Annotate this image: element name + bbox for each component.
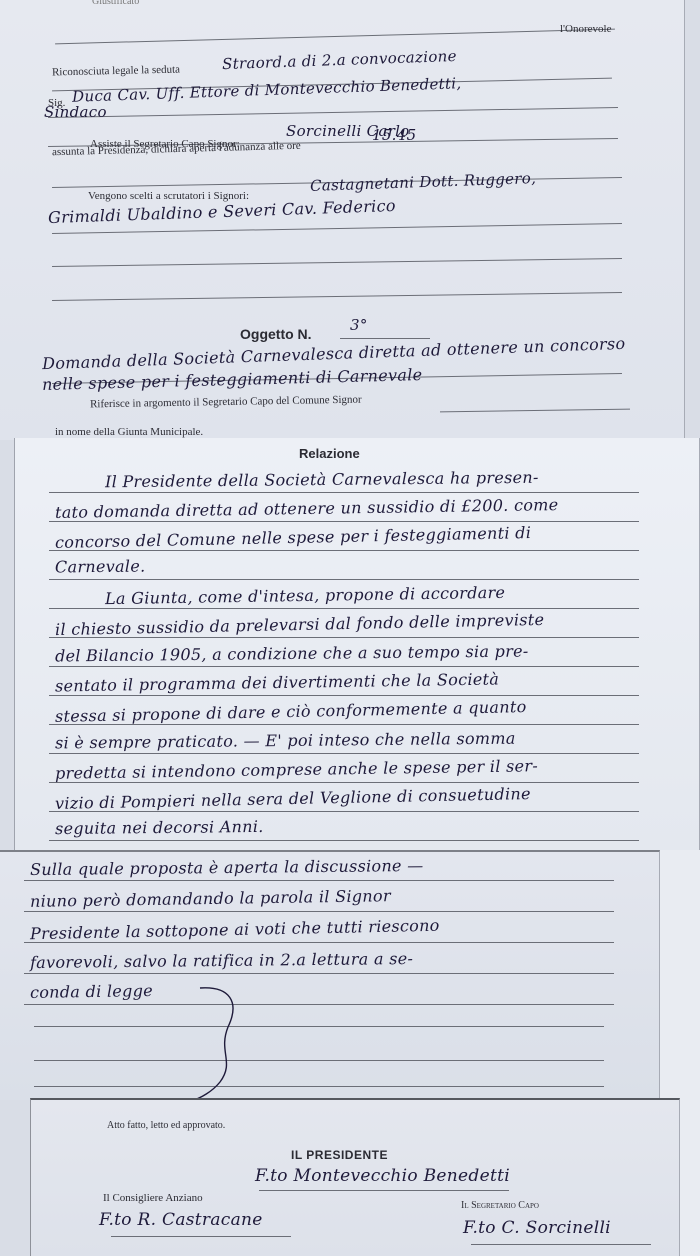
handwritten-line: del Bilancio 1905, a condizione che a su… [55, 642, 529, 666]
approvato-label: Atto fatto, letto ed approvato. [107, 1120, 225, 1131]
presidente-signature: F.to Montevecchio Benedetti [255, 1166, 510, 1186]
onorevole-label: l'Onorevole [560, 23, 611, 35]
rule [471, 1244, 651, 1245]
segretario-label: Assiste il Segretario Capo Signor: [90, 138, 240, 150]
seduta-value: Straord.a di 2.a convocazione [222, 47, 457, 73]
closing-flourish [190, 982, 250, 1102]
rule [49, 579, 639, 580]
rule [34, 1060, 604, 1061]
discussione-sheet: Sulla quale proposta è aperta la discuss… [0, 850, 660, 1100]
header-sheet: Giustificato l'Onorevole Riconosciuta le… [0, 0, 685, 440]
rule [24, 880, 614, 881]
sig-value-line2: Sindaco [44, 103, 107, 121]
handwritten-line: sentato il programma dei divertimenti ch… [55, 670, 499, 696]
handwritten-line: il chiesto sussidio da prelevarsi dal fo… [55, 610, 545, 639]
rule [49, 753, 639, 754]
riferisce-label: Riferisce in argomento il Segretario Cap… [90, 394, 362, 411]
rule [49, 782, 639, 783]
rule [259, 1190, 509, 1191]
handwritten-line: niuno però domandando la parola il Signo… [30, 886, 391, 911]
rule [34, 1086, 604, 1087]
presidente-label: IL PRESIDENTE [291, 1148, 388, 1162]
handwritten-line: Il Presidente della Società Carnevalesca… [105, 468, 539, 492]
rule [52, 223, 622, 234]
handwritten-line: Sulla quale proposta è aperta la discuss… [30, 856, 424, 879]
rule [48, 107, 618, 118]
rule [49, 492, 639, 493]
handwritten-line: La Giunta, come d'intesa, propone di acc… [105, 583, 505, 608]
rule [55, 29, 615, 45]
handwritten-line: favorevoli, salvo la ratifica in 2.a let… [30, 949, 413, 972]
consigliere-signature: F.to R. Castracane [99, 1210, 263, 1230]
rule [440, 409, 630, 413]
scrutatori-label: Vengono scelti a scrutatori i Signori: [88, 190, 249, 202]
relazione-title: Relazione [299, 446, 360, 461]
rule [24, 973, 614, 974]
handwritten-line: conda di legge [30, 981, 153, 1002]
signature-sheet: Atto fatto, letto ed approvato. IL PRESI… [30, 1098, 680, 1256]
oggetto-number: 3° [350, 316, 368, 334]
rule [49, 521, 639, 522]
handwritten-line: Presidente la sottopone ai voti che tutt… [30, 916, 440, 944]
handwritten-line: predetta si intendono comprese anche le … [55, 756, 538, 783]
rule [52, 292, 622, 301]
oggetto-label: Oggetto N. [240, 326, 312, 342]
rule [49, 608, 639, 609]
handwritten-line: tato domanda diretta ad ottenere un suss… [55, 495, 559, 522]
rule [34, 1026, 604, 1027]
rule [340, 338, 430, 339]
handwritten-line: seguita nei decorsi Anni. [55, 817, 264, 838]
relazione-sheet: Relazione Il Presidente della Società Ca… [14, 438, 700, 850]
rule [111, 1236, 291, 1237]
segretario-value: Sorcinelli Carlo [286, 122, 410, 140]
rule [49, 695, 639, 696]
rule [49, 666, 639, 667]
rule [52, 258, 622, 267]
consigliere-label: Il Consigliere Anziano [103, 1192, 203, 1204]
rule [24, 1004, 614, 1005]
handwritten-line: stessa si propone di dare e ciò conforme… [55, 697, 527, 726]
handwritten-line: si è sempre praticato. — E' poi inteso c… [55, 729, 516, 753]
cut-off-label: Giustificato [92, 0, 139, 7]
handwritten-line: concorso del Comune nelle spese per i fe… [55, 523, 531, 552]
rule [49, 840, 639, 841]
seduta-label: Riconosciuta legale la seduta [52, 64, 180, 79]
scrutatori-value-1: Castagnetani Dott. Ruggero, [310, 169, 537, 195]
rule [24, 911, 614, 912]
giunta-label: in nome della Giunta Municipale. [55, 426, 203, 438]
rule [24, 942, 614, 943]
handwritten-line: Carnevale. [55, 557, 146, 577]
sig-value: Duca Cav. Uff. Ettore di Montevecchio Be… [72, 74, 462, 106]
segretario-signature: F.to C. Sorcinelli [463, 1218, 611, 1238]
segretario-capo-label: Il Segretario Capo [461, 1200, 539, 1211]
handwritten-line: vizio di Pompieri nella sera del Veglion… [55, 784, 531, 813]
